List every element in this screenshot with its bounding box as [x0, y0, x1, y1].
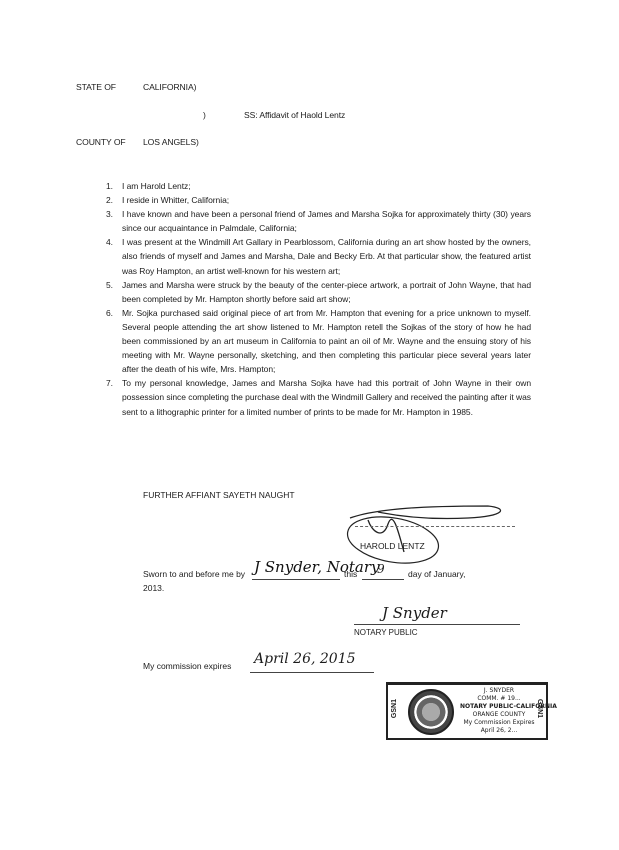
day-value: 9 — [377, 562, 385, 576]
affidavit-statements: 1.I am Harold Lentz; 2.I reside in Whitt… — [106, 179, 531, 419]
statement-item: 3.I have known and have been a personal … — [106, 207, 531, 235]
statement-item: 1.I am Harold Lentz; — [106, 179, 531, 193]
commission-value: April 26, 2015 — [254, 651, 356, 667]
sworn-prefix: Sworn to and before me by — [143, 569, 245, 579]
commission-line — [250, 672, 374, 673]
county-label: COUNTY OF — [76, 137, 126, 147]
state-label: STATE OF — [76, 82, 116, 92]
stamp-side-label-left: GSN1 — [391, 699, 398, 718]
california-seal-icon — [408, 689, 454, 735]
commission-label: My commission expires — [143, 661, 231, 671]
stamp-line: NOTARY PUBLIC-CALIFORNIA — [460, 703, 538, 711]
caption-paren: ) — [203, 110, 206, 120]
stamp-side-label-right: GSN1 — [536, 699, 543, 718]
notary-signature-inline: J Snyder, Notary — [254, 558, 380, 576]
affiant-name: HAROLD LENTZ — [360, 541, 425, 551]
stamp-line: J. SNYDER — [460, 687, 538, 695]
state-value: CALIFORNIA) — [143, 82, 196, 92]
stamp-line: My Commission Expires — [460, 719, 538, 727]
this-word: this — [344, 569, 357, 579]
day-suffix: day of January, — [408, 569, 466, 579]
statement-item: 6.Mr. Sojka purchased said original piec… — [106, 306, 531, 376]
day-line — [362, 579, 404, 580]
sworn-signature-line — [252, 579, 340, 580]
stamp-line: COMM. # 19... — [460, 695, 538, 703]
stamp-line: April 26, 2... — [460, 727, 538, 735]
affidavit-title: SS: Affidavit of Haold Lentz — [244, 110, 345, 120]
notary-signature: J Snyder — [382, 604, 447, 622]
notary-public-label: NOTARY PUBLIC — [354, 628, 418, 637]
statement-item: 7.To my personal knowledge, James and Ma… — [106, 376, 531, 418]
year: 2013. — [143, 583, 164, 593]
statement-item: 2.I reside in Whitter, California; — [106, 193, 531, 207]
statement-item: 4.I was present at the Windmill Art Gall… — [106, 235, 531, 277]
statement-item: 5.James and Marsha were struck by the be… — [106, 278, 531, 306]
affiant-signature-line — [355, 526, 515, 527]
stamp-line: ORANGE COUNTY — [460, 711, 538, 719]
notary-stamp: GSN1 J. SNYDER COMM. # 19... NOTARY PUBL… — [386, 682, 548, 740]
notary-signature-line — [354, 624, 520, 625]
further-affiant-text: FURTHER AFFIANT SAYETH NAUGHT — [143, 490, 295, 500]
county-value: LOS ANGELS) — [143, 137, 199, 147]
